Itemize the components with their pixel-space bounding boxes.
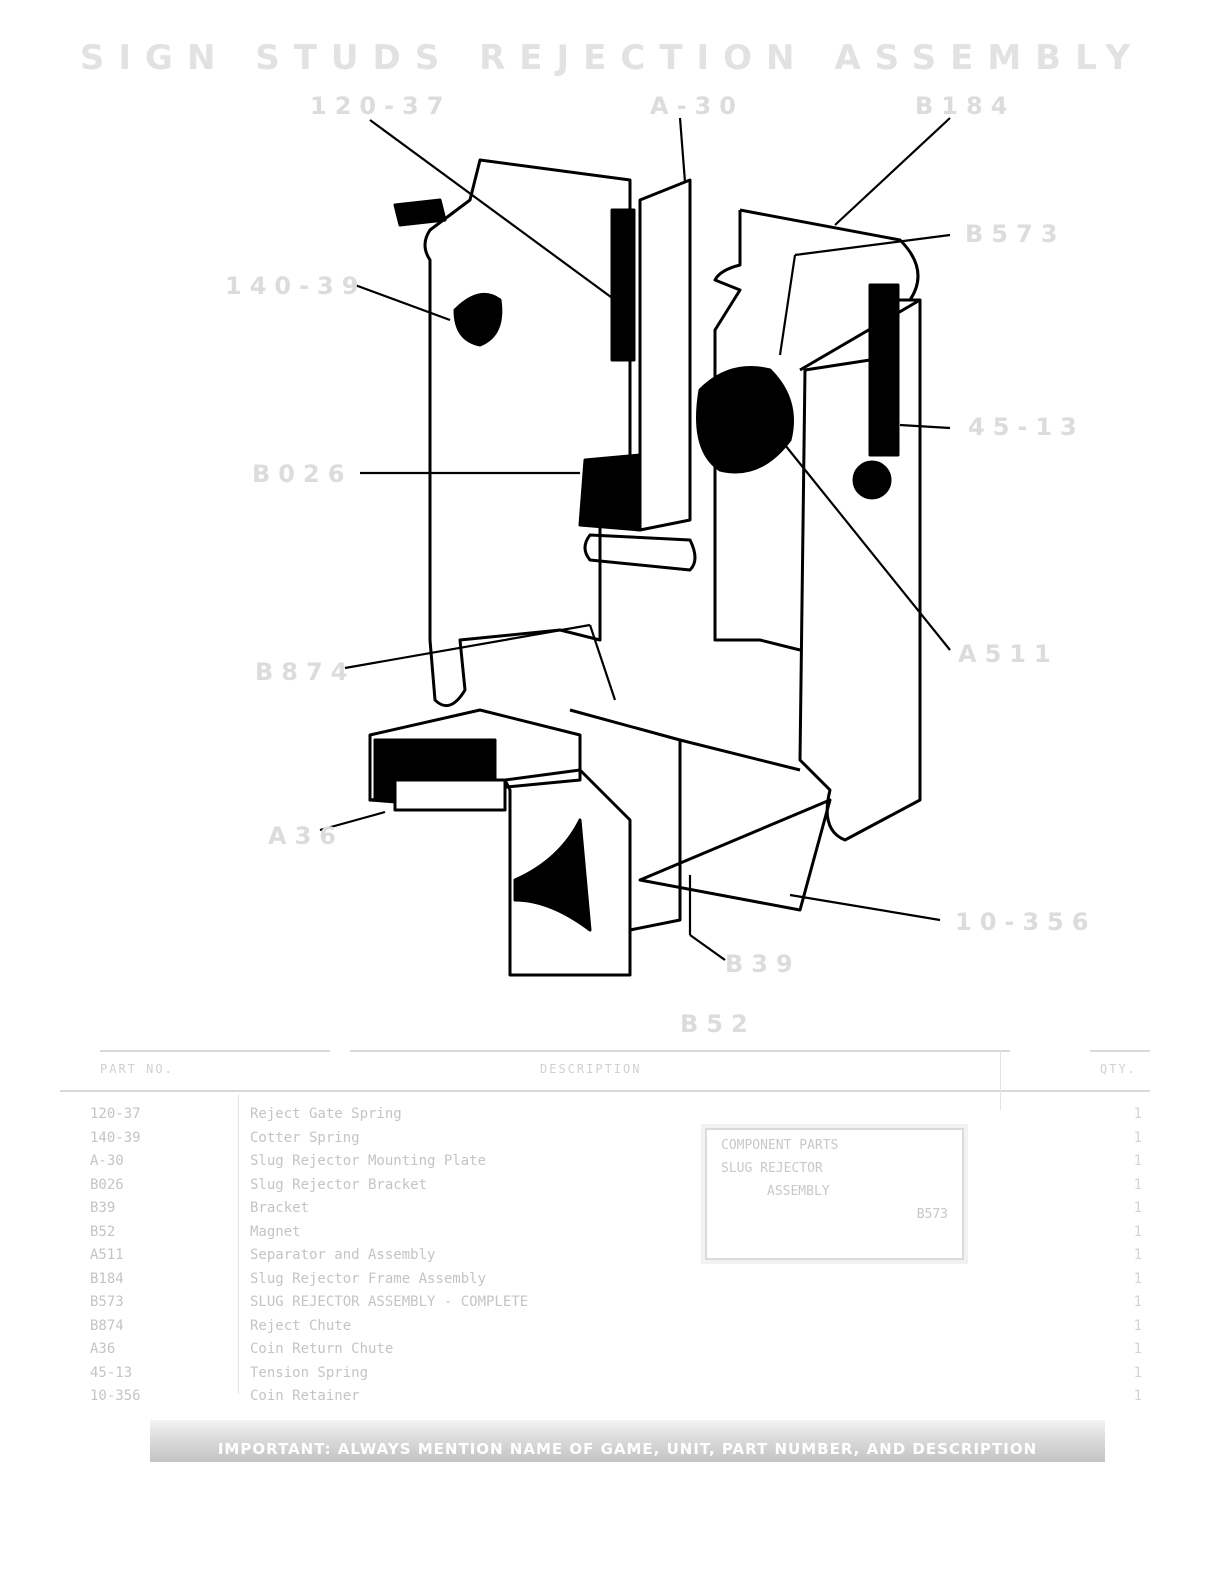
header-description: DESCRIPTION — [540, 1062, 641, 1076]
callout-label: 120-37 — [310, 92, 451, 120]
callout-label: A-30 — [650, 92, 744, 120]
parts-table: PART NO. DESCRIPTION QTY. 120-37Reject G… — [60, 1050, 1150, 1410]
table-row: A-30Slug Rejector Mounting Plate — [90, 1153, 730, 1177]
callout-label: 45-13 — [968, 413, 1085, 441]
table-row: 10-356Coin Retainer — [90, 1388, 730, 1412]
callout-label: A511 — [958, 640, 1059, 668]
table-row: 45-13Tension Spring — [90, 1365, 730, 1389]
table-row: A511Separator and Assembly — [90, 1247, 730, 1271]
qty-column: 1 1 1 1 1 1 1 1 1 1 1 1 1 — [1134, 1106, 1142, 1412]
callout-label: B026 — [252, 460, 352, 488]
note-line: SLUG REJECTOR — [721, 1161, 948, 1176]
table-row: B874Reject Chute — [90, 1318, 730, 1342]
header-qty: QTY. — [1100, 1062, 1137, 1076]
callout-label: B184 — [915, 92, 1015, 120]
note-line: COMPONENT PARTS — [721, 1138, 948, 1153]
callout-label: B573 — [965, 220, 1065, 248]
table-row: 120-37Reject Gate Spring — [90, 1106, 730, 1130]
component-note-box: COMPONENT PARTS SLUG REJECTOR ASSEMBLY B… — [705, 1128, 964, 1260]
table-row: B39Bracket — [90, 1200, 730, 1224]
callout-label: B52 — [680, 1010, 756, 1038]
table-row: B52Magnet — [90, 1224, 730, 1248]
table-row: A36Coin Return Chute — [90, 1341, 730, 1365]
table-row: 140-39Cotter Spring — [90, 1130, 730, 1154]
assembly-drawing — [0, 0, 1224, 1040]
callout-label: A36 — [268, 822, 344, 850]
callout-label: 140-39 — [225, 272, 366, 300]
callout-label: 10-356 — [955, 908, 1096, 936]
callout-label: B874 — [255, 658, 355, 686]
note-line: ASSEMBLY — [767, 1184, 948, 1199]
note-line: B573 — [721, 1207, 948, 1222]
table-row: B573SLUG REJECTOR ASSEMBLY - COMPLETE — [90, 1294, 730, 1318]
table-row: B026Slug Rejector Bracket — [90, 1177, 730, 1201]
parts-rows: 120-37Reject Gate Spring 140-39Cotter Sp… — [90, 1106, 730, 1412]
header-part-no: PART NO. — [100, 1062, 174, 1076]
table-row: B184Slug Rejector Frame Assembly — [90, 1271, 730, 1295]
footer-banner: IMPORTANT: ALWAYS MENTION NAME OF GAME, … — [150, 1420, 1105, 1462]
footer-text: IMPORTANT: ALWAYS MENTION NAME OF GAME, … — [150, 1440, 1105, 1458]
callout-label: B39 — [725, 950, 801, 978]
